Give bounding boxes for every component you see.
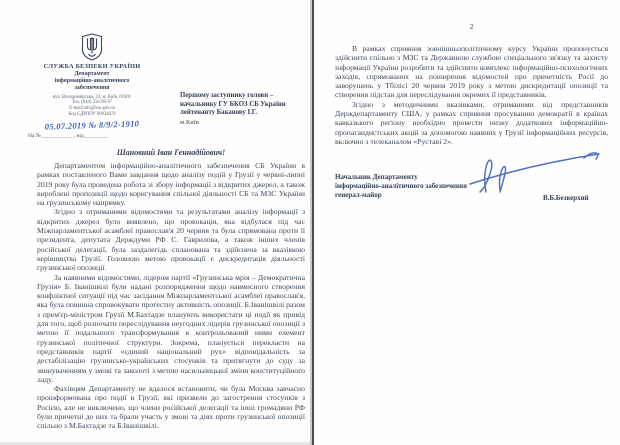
recipient-line: лейтенанту Баканову І.Г. <box>180 109 312 118</box>
body-paragraph: Згідно з методичними вказівками, отриман… <box>335 100 608 146</box>
page-number: 2 <box>335 22 608 31</box>
page2-body: В рамках сприяння зовнішньополітичному к… <box>335 44 608 146</box>
incoming-reference-line: На № ___________ , від_________ <box>28 133 156 139</box>
page-2: 2 В рамках сприяння зовнішньополітичному… <box>316 0 620 445</box>
handwritten-signature <box>456 146 606 196</box>
body-paragraph: Департаментом інформаційно-аналітичного … <box>37 161 305 207</box>
salutation: Шановний Іван Геннадійович! <box>37 148 305 157</box>
recipient-line: начальнику ГУ БКОЗ СБ України <box>180 101 312 110</box>
scanned-letter: СЛУЖБА БЕЗПЕКИ УКРАЇНИ Департамент інфор… <box>0 0 620 445</box>
org-name: СЛУЖБА БЕЗПЕКИ УКРАЇНИ <box>28 63 156 71</box>
department-line: забезпечення <box>28 85 156 92</box>
edrpou-line: Код ЄДРПОУ 00034074 <box>28 112 156 118</box>
body-paragraph: Фахівцям Департаменту не вдалося встанов… <box>37 384 305 430</box>
recipient-city: м.Київ <box>180 119 312 128</box>
recipient-line: Першому заступнику голови – <box>180 92 312 101</box>
body-paragraph: За наявними відомостями, лідером партії … <box>37 273 305 385</box>
page-1: СЛУЖБА БЕЗПЕКИ УКРАЇНИ Департамент інфор… <box>0 0 313 445</box>
handwritten-reference-number: 05.07.2019 № 8/9/2-1910 <box>28 118 156 132</box>
page-divider <box>312 0 314 445</box>
recipient-block: Першому заступнику голови – начальнику Г… <box>180 92 312 127</box>
letterhead-address: вул. Володимирська, 33, м. Київ, 01601 Т… <box>28 95 156 118</box>
page1-body: Департаментом інформаційно-аналітичного … <box>37 161 305 431</box>
body-paragraph: В рамках сприяння зовнішньополітичному к… <box>335 44 608 100</box>
signer-name: В.Б.Безверхий <box>543 194 589 202</box>
letterhead: СЛУЖБА БЕЗПЕКИ УКРАЇНИ Департамент інфор… <box>28 33 156 139</box>
ukraine-trident-emblem <box>81 33 103 61</box>
body-paragraph: Згідно з отриманими відомостями та резул… <box>37 207 305 272</box>
